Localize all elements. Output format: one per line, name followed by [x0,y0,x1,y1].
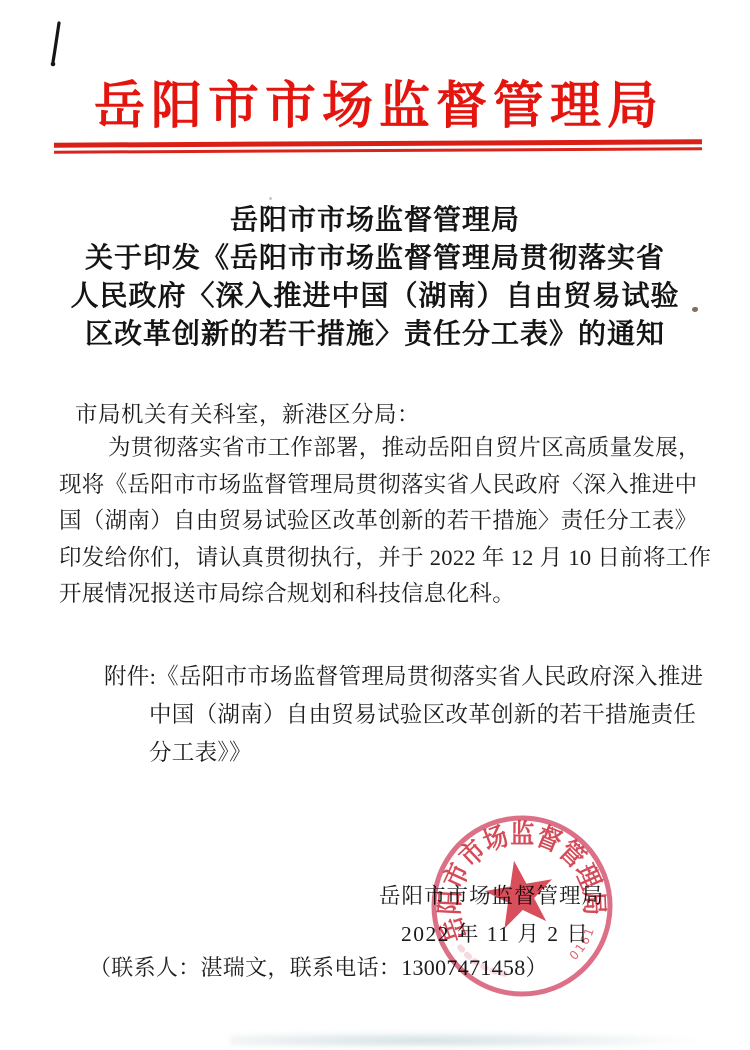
document-title: 岳阳市市场监督管理局 关于印发《岳阳市市场监督管理局贯彻落实省 人民政府〈深入推… [0,202,750,354]
dust-dot [269,197,272,200]
dust-speck [692,307,698,312]
document-title-line: 区改革创新的若干措施〉责任分工表》的通知 [0,316,750,354]
attachment-line: 附件:《岳阳市市场监督管理局贯彻落实省人民政府深入推进 [104,659,703,691]
seal-code: 0161 [562,922,602,964]
scanned-document-page: 岳阳市市场监督管理局 岳阳市市场监督管理局 关于印发《岳阳市市场监督管理局贯彻落… [0,0,750,1050]
bottom-scan-smudge [230,1031,710,1047]
attachment-line: 分工表》》 [149,734,696,772]
document-title-line: 岳阳市市场监督管理局 [0,202,750,240]
red-divider-rule [54,139,702,153]
body-line: 现将《岳阳市市场监督管理局贯彻落实省人民政府〈深入推进中 [59,467,699,504]
body-paragraph: 为贯彻落实省市工作部署，推动岳阳自贸片区高质量发展， 现将《岳阳市市场监督管理局… [59,430,699,613]
letterhead-title: 岳阳市市场监督管理局 [0,64,750,138]
body-line: 为贯彻落实省市工作部署，推动岳阳自贸片区高质量发展， [59,430,699,467]
salutation: 市局机关有关科室，新港区分局： [75,397,420,429]
body-line: 印发给你们，请认真贯彻执行，并于 2022 年 12 月 10 日前将工作 [59,540,699,577]
attachment-line: 中国（湖南）自由贸易试验区改革创新的若干措施责任 [149,696,696,734]
document-title-line: 关于印发《岳阳市市场监督管理局贯彻落实省 [0,240,750,278]
svg-text:0161: 0161 [562,922,602,964]
official-seal: 岳阳市市场监督管理局 0161 [408,792,635,1019]
body-line: 国（湖南）自由贸易试验区改革创新的若干措施〉责任分工表》 [59,503,699,540]
document-title-line: 人民政府〈深入推进中国（湖南）自由贸易试验 [0,278,750,316]
seal-star-icon [480,855,559,931]
attachment-continuation: 中国（湖南）自由贸易试验区改革创新的若干措施责任 分工表》》 [149,696,696,771]
body-line: 开展情况报送市局综合规划和科技信息化科。 [59,576,699,613]
